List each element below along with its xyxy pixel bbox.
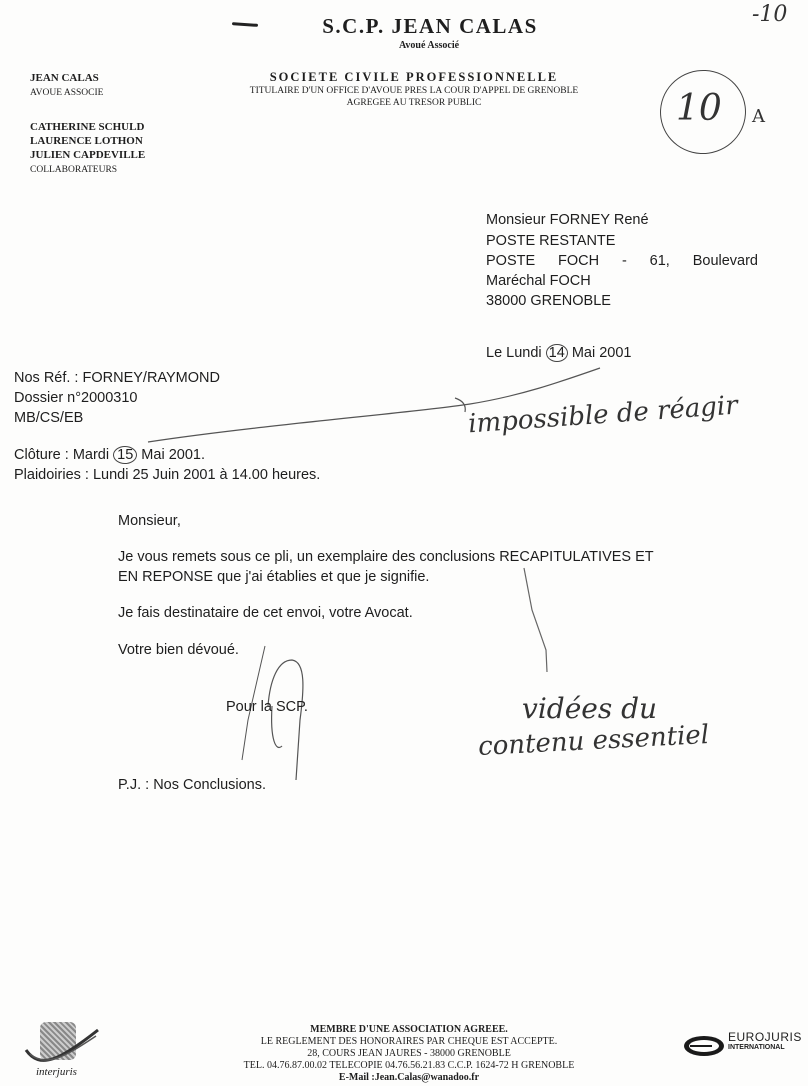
body-paragraph: Je fais destinataire de cet envoi, votre… — [118, 603, 413, 623]
footer-phone: TEL. 04.76.87.00.02 TELECOPIE 04.76.56.2… — [10, 1060, 808, 1072]
eurojuris-logo: EUROJURIS INTERNATIONAL — [682, 1030, 802, 1060]
handwritten-strokes — [0, 0, 808, 1086]
footer-email: E-Mail :Jean.Calas@wanadoo.fr — [10, 1072, 808, 1084]
body-paragraph-line: EN REPONSE que j'ai établies et que je s… — [118, 567, 429, 587]
body-paragraph-line: Je vous remets sous ce pli, un exemplair… — [118, 547, 654, 567]
eurojuris-subtitle: INTERNATIONAL — [728, 1044, 785, 1051]
enclosure: P.J. : Nos Conclusions. — [118, 775, 266, 795]
salutation: Monsieur, — [118, 511, 181, 531]
closing: Votre bien dévoué. — [118, 640, 239, 660]
signature-label: Pour la SCP. — [226, 697, 308, 717]
eurojuris-title: EUROJURIS — [728, 1030, 802, 1044]
handwritten-note-line: vidées du — [522, 692, 657, 725]
eurojuris-emblem-icon — [682, 1034, 726, 1058]
